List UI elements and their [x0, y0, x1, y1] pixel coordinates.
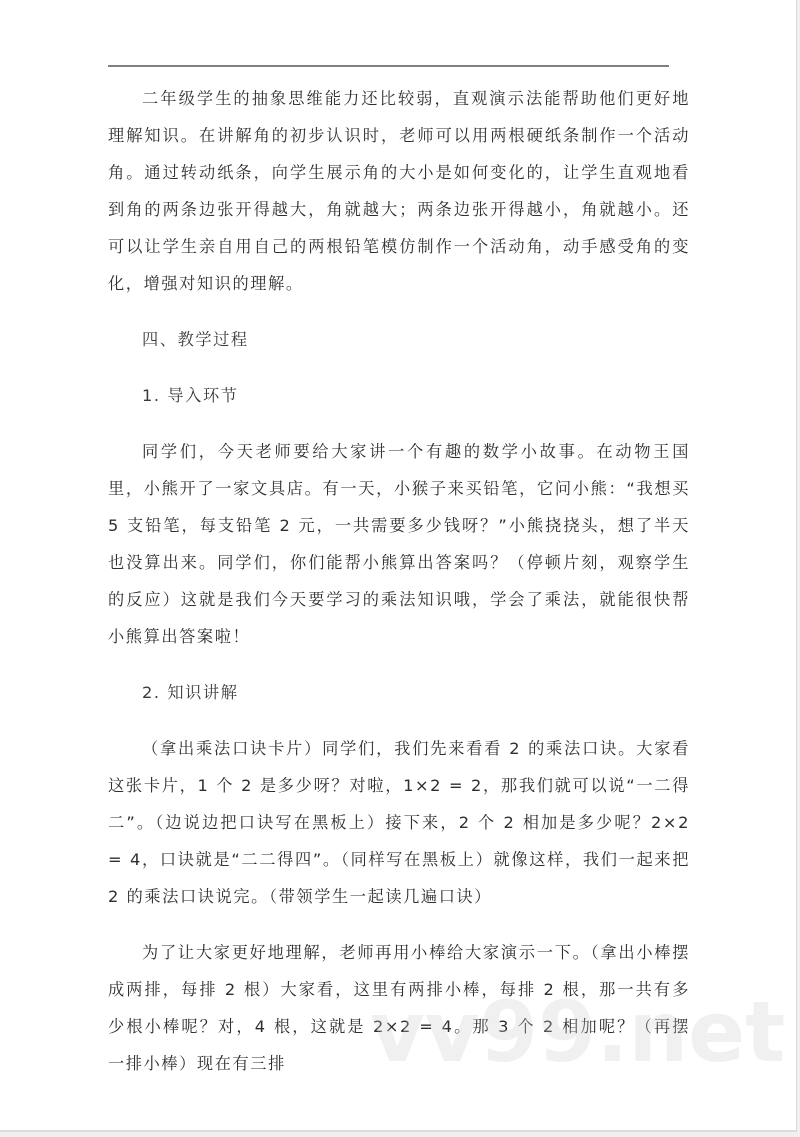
- paragraph-intro: 二年级学生的抽象思维能力还比较弱，直观演示法能帮助他们更好地理解知识。在讲解角的…: [108, 80, 690, 302]
- subsection-heading-knowledge: 2. 知识讲解: [108, 674, 690, 711]
- section-heading: 四、教学过程: [108, 321, 690, 358]
- paragraph-multiplication-table: （拿出乘法口诀卡片）同学们，我们先来看看 2 的乘法口诀。大家看这张卡片，1 个…: [108, 730, 690, 915]
- header-rule: [108, 65, 669, 67]
- document-page: 二年级学生的抽象思维能力还比较弱，直观演示法能帮助他们更好地理解知识。在讲解角的…: [0, 0, 797, 1132]
- paragraph-story: 同学们，今天老师要给大家讲一个有趣的数学小故事。在动物王国里，小熊开了一家文具店…: [108, 433, 690, 655]
- paragraph-sticks-demo: 为了让大家更好地理解，老师再用小棒给大家演示一下。（拿出小棒摆成两排，每排 2 …: [108, 934, 690, 1082]
- document-body: 二年级学生的抽象思维能力还比较弱，直观演示法能帮助他们更好地理解知识。在讲解角的…: [108, 80, 690, 1082]
- subsection-heading-intro: 1. 导入环节: [108, 377, 690, 414]
